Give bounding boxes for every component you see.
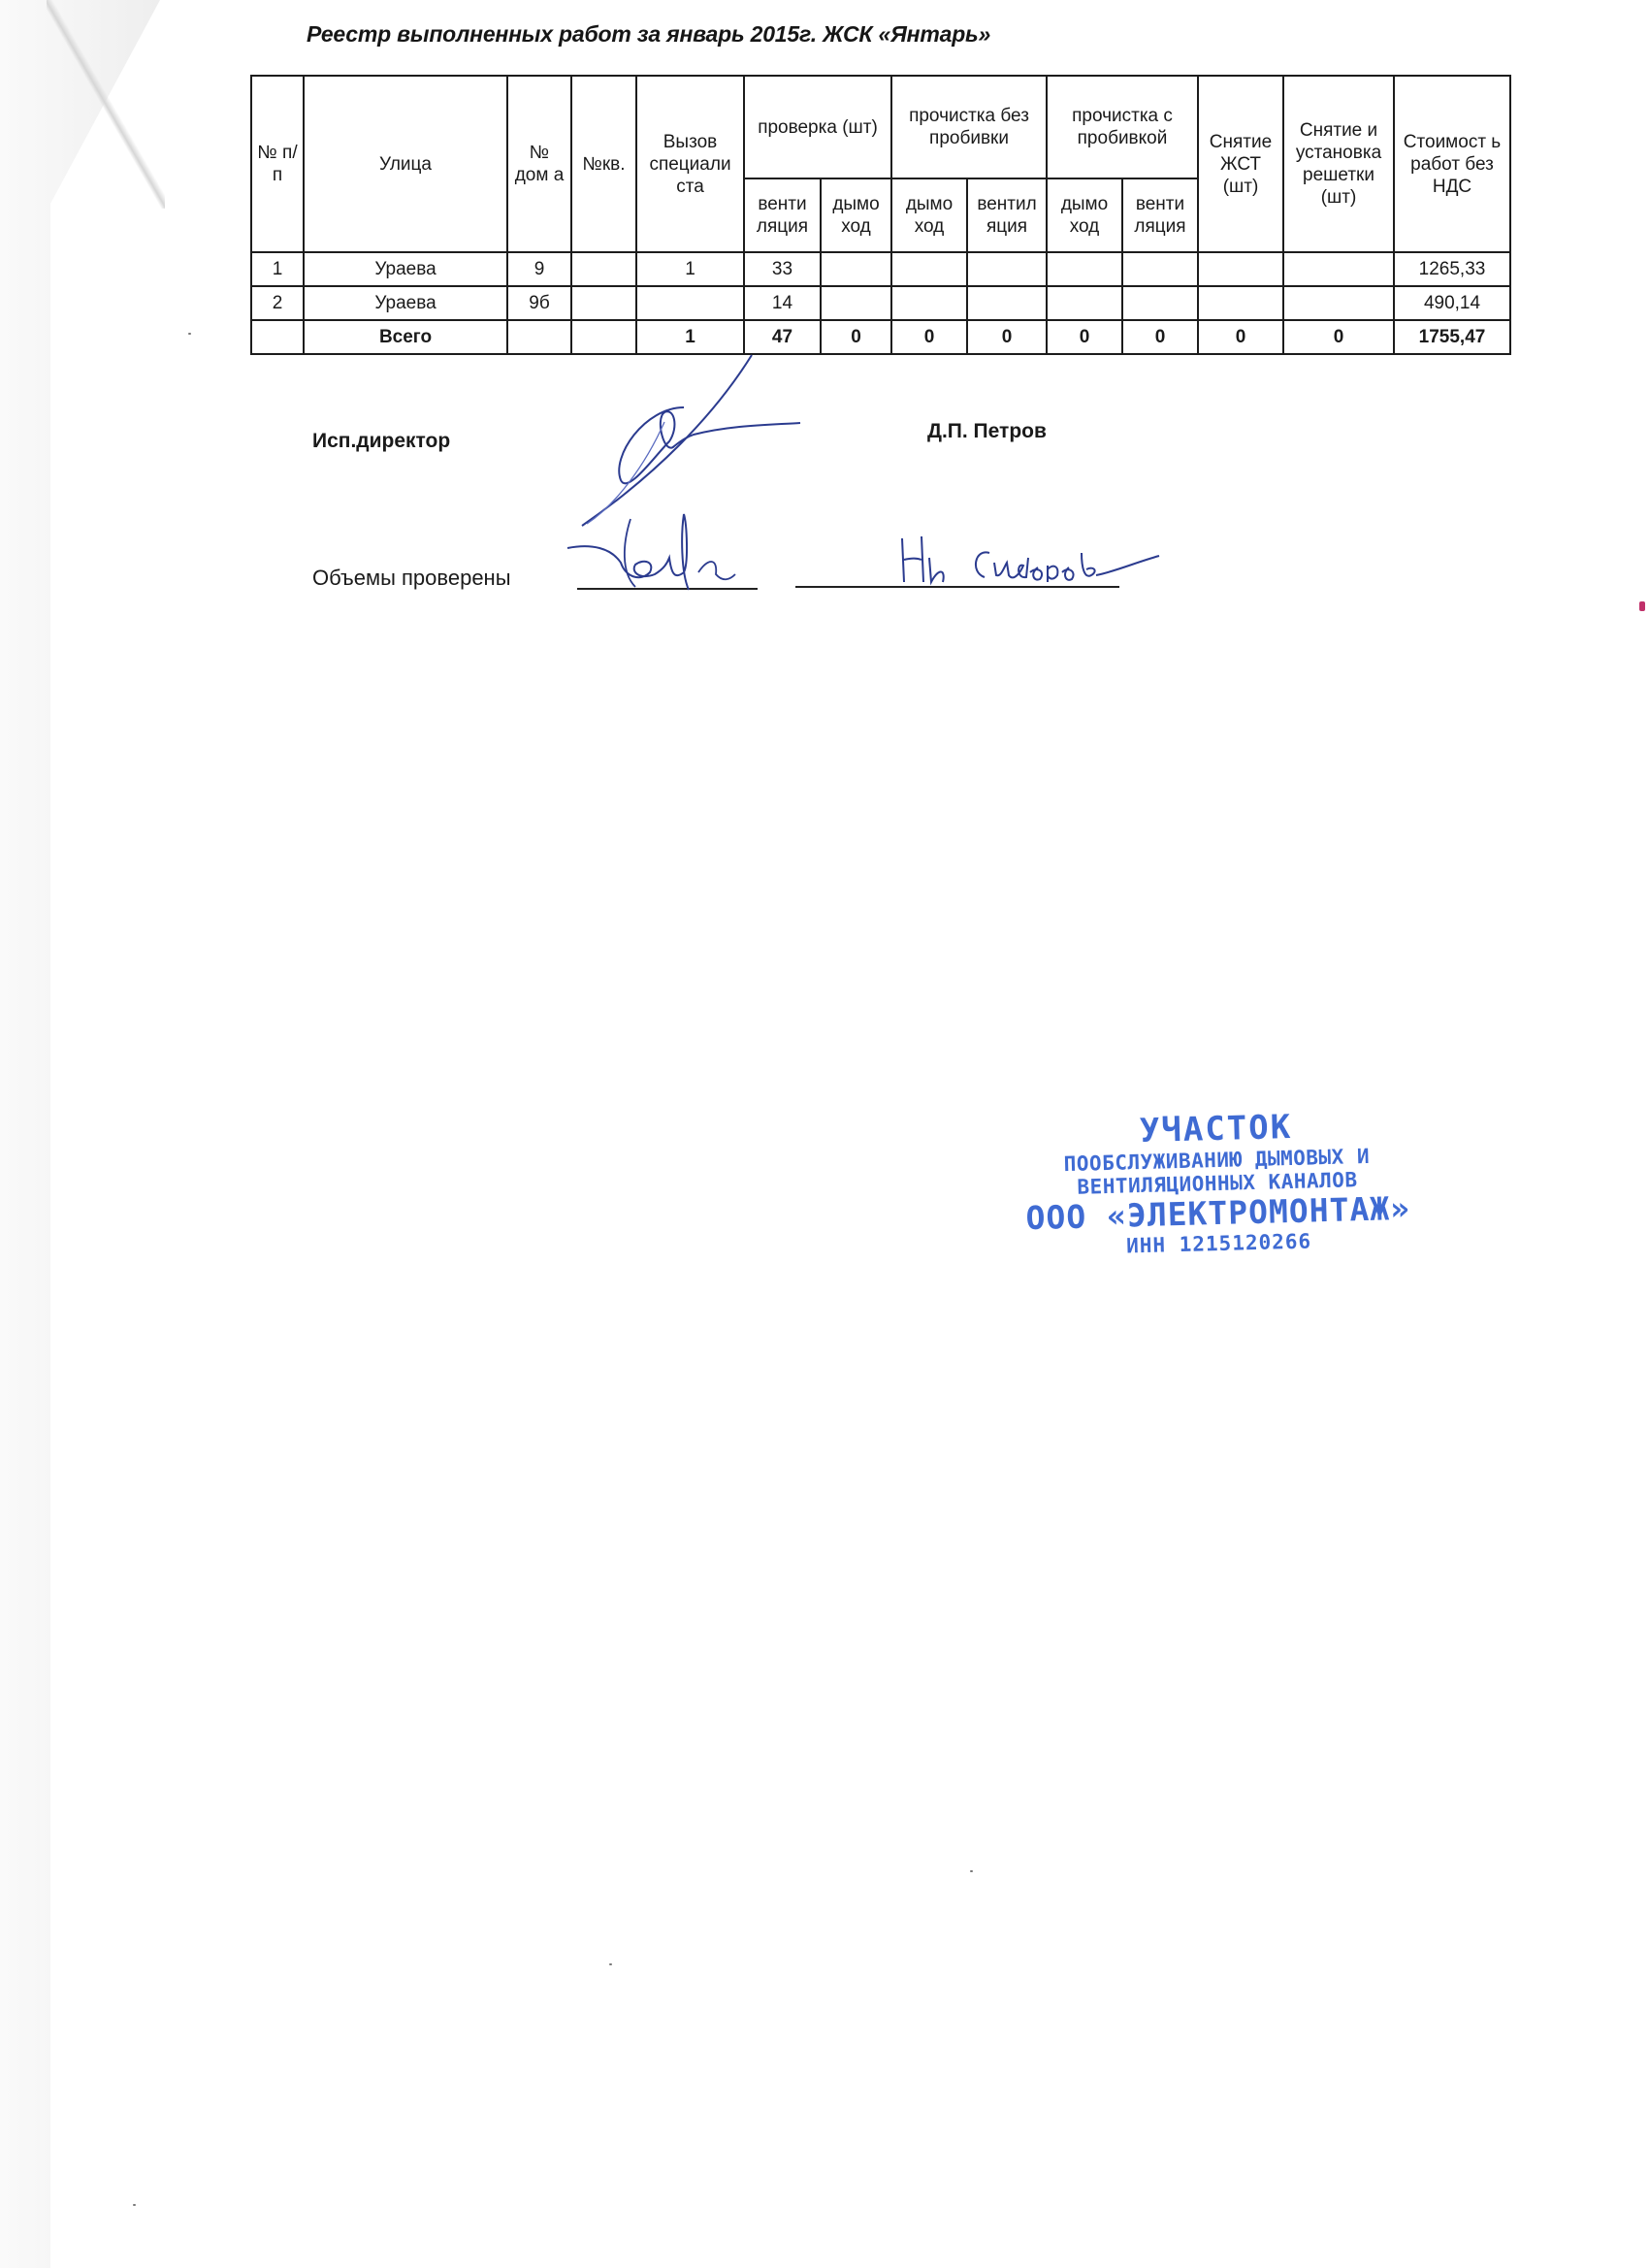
cell-clean-punch-smoke <box>1047 286 1122 320</box>
cell-grate: 0 <box>1283 320 1394 354</box>
cell-grate <box>1283 252 1394 286</box>
header-clean-no-punch-group: прочистка без пробивки <box>891 76 1047 178</box>
cell-clean-punch-smoke: 0 <box>1047 320 1122 354</box>
cell-clean-punch-vent <box>1122 252 1198 286</box>
cell-clean-no-punch-smoke: 0 <box>891 320 967 354</box>
cell-cost: 1265,33 <box>1394 252 1510 286</box>
subheader-clean-no-punch-smoke: дымо ход <box>891 178 967 252</box>
cell-check-smoke <box>821 252 891 286</box>
cell-check-smoke <box>821 286 891 320</box>
scan-speck <box>188 333 191 335</box>
table-row: 1 Ураева 9 1 33 1265,33 <box>251 252 1510 286</box>
document-title: Реестр выполненных работ за январь 2015г… <box>307 21 990 48</box>
director-label: Исп.директор <box>312 430 450 453</box>
header-grate: Снятие и установка решетки (шт) <box>1283 76 1394 252</box>
scan-edge-mark <box>1639 601 1645 611</box>
header-num: № п/п <box>251 76 304 252</box>
cell-cost: 1755,47 <box>1394 320 1510 354</box>
cell-clean-punch-vent: 0 <box>1122 320 1198 354</box>
subheader-check-vent: венти ляция <box>744 178 821 252</box>
subheader-clean-punch-smoke: дымо ход <box>1047 178 1122 252</box>
cell-apartment <box>571 286 636 320</box>
subheader-clean-no-punch-vent: вентил яция <box>967 178 1047 252</box>
cell-house: 9б <box>507 286 571 320</box>
volumes-verified-label: Объемы проверены <box>312 566 511 591</box>
cell-cost: 490,14 <box>1394 286 1510 320</box>
verifier-signature-2-icon <box>892 529 1174 592</box>
cell-clean-punch-smoke <box>1047 252 1122 286</box>
cell-removal-zst: 0 <box>1198 320 1283 354</box>
scan-page-fold <box>0 0 160 2268</box>
cell-house: 9 <box>507 252 571 286</box>
organization-stamp: УЧАСТОК ПООБСЛУЖИВАНИЮ ДЫМОВЫХ И ВЕНТИЛЯ… <box>1007 1105 1428 1261</box>
verifier-signature-1-icon <box>563 504 757 597</box>
table-row: 2 Ураева 9б 14 490,14 <box>251 286 1510 320</box>
cell-removal-zst <box>1198 286 1283 320</box>
scan-speck <box>133 2204 136 2206</box>
subheader-clean-punch-vent: венти ляция <box>1122 178 1198 252</box>
table-header-row: № п/п Улица № дом а №кв. Вызов специали … <box>251 76 1510 178</box>
cell-total-label: Всего <box>304 320 507 354</box>
table-total-row: Всего 1 47 0 0 0 0 0 0 0 1755,47 <box>251 320 1510 354</box>
header-check-group: проверка (шт) <box>744 76 891 178</box>
header-clean-punch-group: прочистка с пробивкой <box>1047 76 1198 178</box>
cell-house <box>507 320 571 354</box>
scan-fold-edge <box>47 0 165 209</box>
cell-clean-no-punch-vent <box>967 286 1047 320</box>
cell-check-vent: 14 <box>744 286 821 320</box>
cell-apartment <box>571 252 636 286</box>
director-name: Д.П. Петров <box>927 420 1047 443</box>
subheader-check-smoke: дымо ход <box>821 178 891 252</box>
cell-specialist-call: 1 <box>636 252 744 286</box>
header-house: № дом а <box>507 76 571 252</box>
cell-clean-no-punch-smoke <box>891 252 967 286</box>
cell-num: 2 <box>251 286 304 320</box>
cell-street: Ураева <box>304 286 507 320</box>
cell-check-vent: 33 <box>744 252 821 286</box>
scan-speck <box>970 1870 973 1872</box>
cell-removal-zst <box>1198 252 1283 286</box>
cell-clean-no-punch-vent <box>967 252 1047 286</box>
works-registry-table: № п/п Улица № дом а №кв. Вызов специали … <box>250 75 1511 355</box>
cell-clean-no-punch-smoke <box>891 286 967 320</box>
cell-clean-no-punch-vent: 0 <box>967 320 1047 354</box>
cell-specialist-call <box>636 286 744 320</box>
cell-check-smoke: 0 <box>821 320 891 354</box>
cell-grate <box>1283 286 1394 320</box>
cell-num <box>251 320 304 354</box>
cell-street: Ураева <box>304 252 507 286</box>
header-specialist-call: Вызов специали ста <box>636 76 744 252</box>
header-apartment: №кв. <box>571 76 636 252</box>
scan-speck <box>609 1963 612 1965</box>
cell-clean-punch-vent <box>1122 286 1198 320</box>
cell-num: 1 <box>251 252 304 286</box>
header-removal-zst: Снятие ЖСТ (шт) <box>1198 76 1283 252</box>
header-cost: Стоимост ь работ без НДС <box>1394 76 1510 252</box>
header-street: Улица <box>304 76 507 252</box>
